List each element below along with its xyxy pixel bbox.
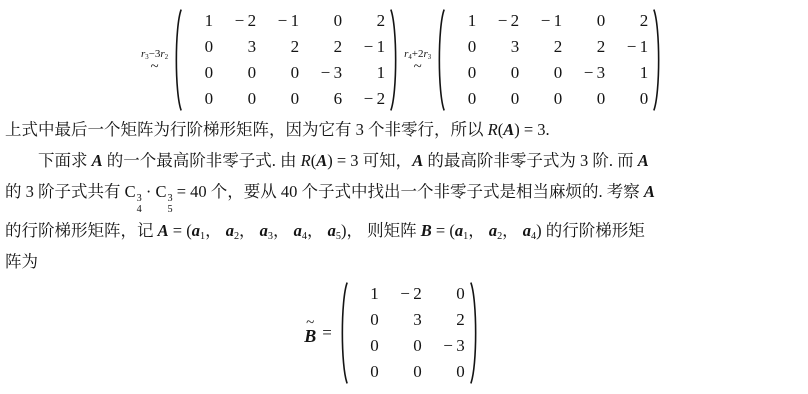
matrix-cell: 0 [353, 359, 379, 385]
matrix-cell: 0 [579, 8, 605, 34]
matrix-cell: − 1 [359, 34, 385, 60]
matrix-cell: 0 [187, 86, 213, 112]
matrix-cell: 0 [353, 307, 379, 333]
row-operation-2: r4+2r3 ~ [404, 49, 431, 72]
matrix-cell: 1 [622, 60, 648, 86]
matrix-cell: 0 [450, 86, 476, 112]
matrix-cell: − 2 [493, 8, 519, 34]
matrix-step-2: 1− 2− 1020322− 1000− 3100000 [435, 8, 663, 112]
matrix-cell: 2 [439, 307, 465, 333]
matrix-cell: 0 [439, 281, 465, 307]
text-line-4: 的行阶梯形矩阵，记 A = (a1， a2， a3， a4， a5)， 则矩阵 … [5, 215, 802, 246]
matrix-cell: 1 [359, 60, 385, 86]
matrix-cell: 2 [536, 34, 562, 60]
row-equivalence-tilde-1: ~ [150, 63, 158, 72]
matrix-b: 1− 2003200− 3000 [338, 281, 480, 385]
matrix-step-1: 1− 2− 1020322− 1000− 310006− 2 [172, 8, 400, 112]
b-matrix-section: ~ B = 1− 2003200− 3000 [0, 281, 796, 385]
matrix-cell: 0 [273, 60, 299, 86]
matrix-cell: 0 [493, 60, 519, 86]
matrix-cell: 3 [396, 307, 422, 333]
matrix-step-1-grid: 1− 2− 1020322− 1000− 310006− 2 [183, 8, 389, 112]
text-line-3: 的 3 阶子式共有 C34 · C35 = 40 个，要从 40 个子式中找出一… [5, 176, 802, 215]
matrix-cell: 0 [396, 333, 422, 359]
matrix-cell: 3 [493, 34, 519, 60]
matrix-cell: 0 [187, 60, 213, 86]
left-paren-icon [435, 8, 446, 112]
text-line-1: 上式中最后一个矩阵为行阶梯形矩阵，因为它有 3 个非零行，所以 R(A) = 3… [5, 114, 802, 145]
row-operation-2-label: r4+2r3 [404, 49, 431, 60]
matrix-cell: 2 [359, 8, 385, 34]
matrix-cell: 0 [493, 86, 519, 112]
matrix-cell: − 1 [536, 8, 562, 34]
matrix-cell: 2 [622, 8, 648, 34]
right-paren-icon [389, 8, 400, 112]
matrix-cell: 0 [450, 60, 476, 86]
matrix-cell: 2 [316, 34, 342, 60]
equals-sign: = [322, 323, 332, 343]
matrix-cell: − 3 [316, 60, 342, 86]
matrix-cell: 0 [396, 359, 422, 385]
right-paren-icon [469, 281, 480, 385]
matrix-cell: 0 [439, 359, 465, 385]
matrix-cell: − 2 [396, 281, 422, 307]
matrix-cell: 0 [536, 60, 562, 86]
matrix-cell: 2 [273, 34, 299, 60]
matrix-cell: − 1 [622, 34, 648, 60]
matrix-cell: 3 [230, 34, 256, 60]
matrix-cell: 0 [316, 8, 342, 34]
matrix-cell: − 3 [579, 60, 605, 86]
matrix-cell: 0 [450, 34, 476, 60]
matrix-step-2-grid: 1− 2− 1020322− 1000− 3100000 [446, 8, 652, 112]
matrix-b-variable: B [304, 327, 316, 345]
matrix-cell: − 2 [230, 8, 256, 34]
matrix-cell: − 2 [359, 86, 385, 112]
matrix-cell: 1 [450, 8, 476, 34]
right-paren-icon [652, 8, 663, 112]
matrix-cell: 1 [353, 281, 379, 307]
matrix-cell: 0 [230, 86, 256, 112]
text-line-2: 下面求 A 的一个最高阶非零子式. 由 R(A) = 3 可知，A 的最高阶非零… [5, 145, 802, 176]
left-paren-icon [338, 281, 349, 385]
matrix-cell: 0 [622, 86, 648, 112]
matrix-cell: − 3 [439, 333, 465, 359]
matrix-cell: 0 [273, 86, 299, 112]
row-equivalence-tilde-2: ~ [414, 63, 422, 72]
row-operation-1-label: r3−3r2 [141, 49, 168, 60]
matrix-cell: 0 [187, 34, 213, 60]
matrix-cell: 0 [353, 333, 379, 359]
matrix-cell: 0 [230, 60, 256, 86]
matrix-cell: 6 [316, 86, 342, 112]
matrix-b-grid: 1− 2003200− 3000 [349, 281, 469, 385]
row-operation-1: r3−3r2 ~ [141, 49, 168, 72]
matrix-cell: 0 [579, 86, 605, 112]
matrix-derivation-row: r3−3r2 ~ 1− 2− 1020322− 1000− 310006− 2 … [0, 0, 808, 112]
matrix-cell: 1 [187, 8, 213, 34]
body-text: 上式中最后一个矩阵为行阶梯形矩阵，因为它有 3 个非零行，所以 R(A) = 3… [0, 112, 808, 277]
matrix-cell: − 1 [273, 8, 299, 34]
text-line-5: 阵为 [5, 246, 802, 277]
left-paren-icon [172, 8, 183, 112]
b-tilde-symbol: ~ B [304, 320, 316, 345]
textbook-page: r3−3r2 ~ 1− 2− 1020322− 1000− 310006− 2 … [0, 0, 808, 394]
matrix-cell: 0 [536, 86, 562, 112]
matrix-cell: 2 [579, 34, 605, 60]
